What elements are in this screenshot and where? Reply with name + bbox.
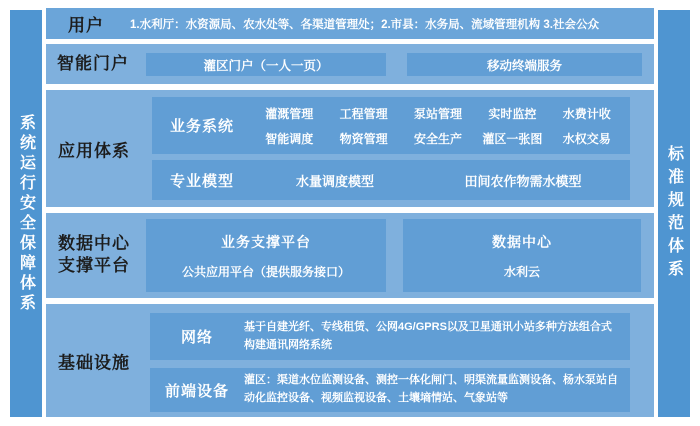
users-row-label: 用户 <box>68 11 104 36</box>
business-item-irrigation-mgmt: 灌溉管理 <box>252 105 326 122</box>
irrigation-portal-box: 灌区门户（一人一页） <box>146 53 386 76</box>
business-item-water-rights-trade: 水权交易 <box>550 130 624 147</box>
smart-portal-row-label: 智能门户 <box>57 44 129 84</box>
users-row: 用户 1.水利厅：水资源局、农水处等、各渠道管理处；2.市县：水务局、流域管理机… <box>46 8 654 39</box>
data-center-platform-row: 数据中心 支撑平台 业务支撑平台 公共应用平台（提供服务接口） 数据中心 水利云 <box>46 213 654 298</box>
network-description: 基于自建光纤、专线租赁、公网4G/GPRS以及卫星通讯小站多种方法组合式构建通讯… <box>244 319 630 354</box>
frontend-devices-description: 灌区：渠道水位监测设备、测控一体化闸门、明渠流量监测设备、杨水泵站自动化监控设备… <box>244 372 630 407</box>
mobile-terminal-service-box: 移动终端服务 <box>407 53 642 76</box>
architecture-diagram: 系统运行安全保障体系 标准规范体系 用户 1.水利厅：水资源局、农水处等、各渠道… <box>0 0 700 426</box>
business-item-engineering-mgmt: 工程管理 <box>326 105 400 122</box>
business-item-smart-dispatch: 智能调度 <box>252 130 326 147</box>
data-center-label-line2: 支撑平台 <box>58 256 130 279</box>
data-center-box-title: 数据中心 <box>403 232 641 252</box>
business-item-water-fee-collection: 水费计收 <box>550 105 624 122</box>
right-pillar-label: 标准规范体系 <box>663 145 686 283</box>
frontend-devices-label: 前端设备 <box>150 380 244 401</box>
left-pillar-system-operation-security: 系统运行安全保障体系 <box>10 10 42 417</box>
left-pillar-label: 系统运行安全保障体系 <box>15 114 38 314</box>
smart-portal-row: 智能门户 灌区门户（一人一页） 移动终端服务 <box>46 44 654 84</box>
business-system-label: 业务系统 <box>152 115 252 136</box>
crop-water-demand-model-label: 田间农作物需水模型 <box>433 171 613 190</box>
business-item-pump-station-mgmt: 泵站管理 <box>401 105 475 122</box>
business-system-box: 业务系统 灌溉管理 工程管理 泵站管理 实时监控 水费计收 智能调度 物资管理 … <box>152 97 630 154</box>
business-support-platform-box: 业务支撑平台 公共应用平台（提供服务接口） <box>146 219 386 292</box>
network-label: 网络 <box>150 326 244 347</box>
business-item-material-mgmt: 物资管理 <box>326 130 400 147</box>
frontend-devices-box: 前端设备 灌区：渠道水位监测设备、测控一体化闸门、明渠流量监测设备、杨水泵站自动… <box>150 368 630 412</box>
application-system-row-label: 应用体系 <box>58 136 130 161</box>
professional-model-box: 专业模型 水量调度模型 田间农作物需水模型 <box>152 160 630 200</box>
application-system-row: 应用体系 业务系统 灌溉管理 工程管理 泵站管理 实时监控 水费计收 智能调度 … <box>46 90 654 207</box>
data-center-label-line1: 数据中心 <box>58 233 130 256</box>
infrastructure-row-label: 基础设施 <box>58 348 130 373</box>
users-description: 1.水利厅：水资源局、农水处等、各渠道管理处；2.市县：水务局、流域管理机构 3… <box>130 16 599 32</box>
mobile-terminal-service-label: 移动终端服务 <box>487 56 562 74</box>
irrigation-portal-label: 灌区门户（一人一页） <box>203 56 328 74</box>
business-system-grid: 灌溉管理 工程管理 泵站管理 实时监控 水费计收 智能调度 物资管理 安全生产 … <box>252 105 630 147</box>
public-application-platform-label: 公共应用平台（提供服务接口） <box>146 263 386 280</box>
water-cloud-label: 水利云 <box>403 263 641 280</box>
water-dispatch-model-label: 水量调度模型 <box>255 171 415 190</box>
infrastructure-row: 基础设施 网络 基于自建光纤、专线租赁、公网4G/GPRS以及卫星通讯小站多种方… <box>46 304 654 417</box>
business-support-platform-title: 业务支撑平台 <box>146 232 386 252</box>
data-center-platform-row-label: 数据中心 支撑平台 <box>58 233 130 279</box>
right-pillar-standards: 标准规范体系 <box>658 10 690 417</box>
network-box: 网络 基于自建光纤、专线租赁、公网4G/GPRS以及卫星通讯小站多种方法组合式构… <box>150 313 630 360</box>
business-item-safety-production: 安全生产 <box>401 130 475 147</box>
business-item-irrigation-map: 灌区一张图 <box>475 130 549 147</box>
data-center-box: 数据中心 水利云 <box>403 219 641 292</box>
professional-model-label: 专业模型 <box>152 170 252 191</box>
business-item-realtime-monitoring: 实时监控 <box>475 105 549 122</box>
